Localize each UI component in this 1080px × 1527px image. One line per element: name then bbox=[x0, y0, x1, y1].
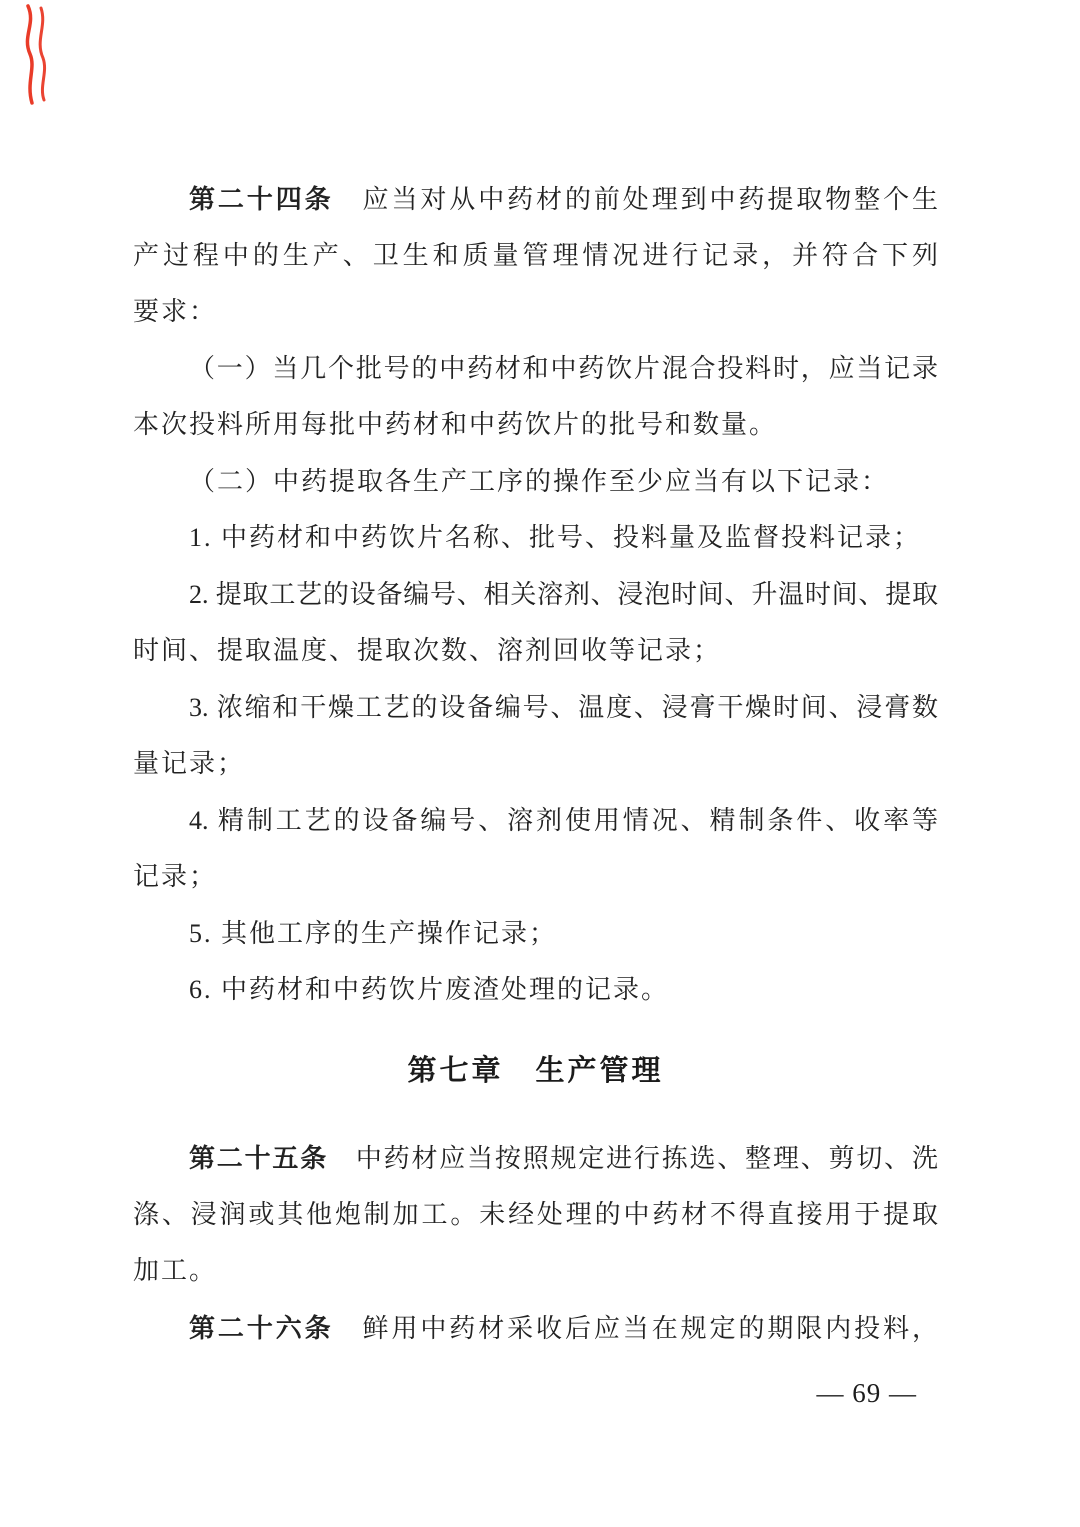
line-text: 5. 其他工序的生产操作记录； bbox=[189, 919, 557, 948]
line-text: 产过程中的生产、卫生和质量管理情况进行记录，并符合下列 bbox=[133, 241, 938, 270]
text-line: （二）中药提取各生产工序的操作至少应当有以下记录： bbox=[133, 454, 938, 511]
text-line: 记录； bbox=[133, 849, 938, 906]
line-text: （二）中药提取各生产工序的操作至少应当有以下记录： bbox=[189, 467, 889, 496]
line-text: 2. 提取工艺的设备编号、相关溶剂、浸泡时间、升温时间、提取 bbox=[189, 580, 938, 609]
line-text: 记录； bbox=[133, 862, 217, 891]
line-text: 涤、浸润或其他炮制加工。未经处理的中药材不得直接用于提取 bbox=[133, 1200, 938, 1229]
line-text: 要求： bbox=[133, 297, 217, 326]
article-number: 第二十五条 bbox=[189, 1143, 328, 1173]
text-line: 第二十六条 鲜用中药材采收后应当在规定的期限内投料， bbox=[133, 1300, 938, 1357]
text-line: 5. 其他工序的生产操作记录； bbox=[133, 906, 938, 963]
line-text: 应当对从中药材的前处理到中药提取物整个生 bbox=[334, 185, 938, 214]
article-24-section: 第二十四条 应当对从中药材的前处理到中药提取物整个生 产过程中的生产、卫生和质量… bbox=[133, 171, 938, 1019]
text-line: 3. 浓缩和干燥工艺的设备编号、温度、浸膏干燥时间、浸膏数 bbox=[133, 680, 938, 737]
text-line: 第二十四条 应当对从中药材的前处理到中药提取物整个生 bbox=[133, 171, 938, 228]
text-line: 涤、浸润或其他炮制加工。未经处理的中药材不得直接用于提取 bbox=[133, 1187, 938, 1244]
article-number: 第二十四条 bbox=[189, 184, 334, 214]
text-line: 加工。 bbox=[133, 1243, 938, 1300]
text-line: 要求： bbox=[133, 284, 938, 341]
line-text: 量记录； bbox=[133, 749, 245, 778]
line-text: 3. 浓缩和干燥工艺的设备编号、温度、浸膏干燥时间、浸膏数 bbox=[189, 693, 938, 722]
line-text: 鲜用中药材采收后应当在规定的期限内投料， bbox=[334, 1314, 938, 1343]
text-line: 6. 中药材和中药饮片废渣处理的记录。 bbox=[133, 962, 938, 1019]
text-line: 量记录； bbox=[133, 736, 938, 793]
page-number: — 69 — bbox=[817, 1377, 918, 1409]
line-text: 6. 中药材和中药饮片废渣处理的记录。 bbox=[189, 975, 669, 1004]
text-line: 1. 中药材和中药饮片名称、批号、投料量及监督投料记录； bbox=[133, 510, 938, 567]
line-text: 1. 中药材和中药饮片名称、批号、投料量及监督投料记录； bbox=[189, 523, 921, 552]
line-text: 中药材应当按照规定进行拣选、整理、剪切、洗 bbox=[328, 1144, 938, 1173]
document-page: 第二十四条 应当对从中药材的前处理到中药提取物整个生 产过程中的生产、卫生和质量… bbox=[0, 0, 1080, 1527]
line-text: 4. 精制工艺的设备编号、溶剂使用情况、精制条件、收率等 bbox=[189, 806, 938, 835]
text-line: 4. 精制工艺的设备编号、溶剂使用情况、精制条件、收率等 bbox=[133, 793, 938, 850]
text-line: 2. 提取工艺的设备编号、相关溶剂、浸泡时间、升温时间、提取 bbox=[133, 567, 938, 624]
line-text: 时间、提取温度、提取次数、溶剂回收等记录； bbox=[133, 636, 721, 665]
text-line: 产过程中的生产、卫生和质量管理情况进行记录，并符合下列 bbox=[133, 228, 938, 285]
red-pen-scribble-mark bbox=[16, 2, 58, 110]
article-number: 第二十六条 bbox=[189, 1313, 334, 1343]
text-line: 本次投料所用每批中药材和中药饮片的批号和数量。 bbox=[133, 397, 938, 454]
text-line: （一）当几个批号的中药材和中药饮片混合投料时，应当记录 bbox=[133, 341, 938, 398]
chapter-heading: 第七章 生产管理 bbox=[133, 1043, 938, 1100]
line-text: （一）当几个批号的中药材和中药饮片混合投料时，应当记录 bbox=[189, 354, 938, 383]
line-text: 加工。 bbox=[133, 1256, 217, 1285]
text-line: 时间、提取温度、提取次数、溶剂回收等记录； bbox=[133, 623, 938, 680]
article-25-26-section: 第二十五条 中药材应当按照规定进行拣选、整理、剪切、洗 涤、浸润或其他炮制加工。… bbox=[133, 1130, 938, 1356]
text-line: 第二十五条 中药材应当按照规定进行拣选、整理、剪切、洗 bbox=[133, 1130, 938, 1187]
line-text: 本次投料所用每批中药材和中药饮片的批号和数量。 bbox=[133, 410, 777, 439]
